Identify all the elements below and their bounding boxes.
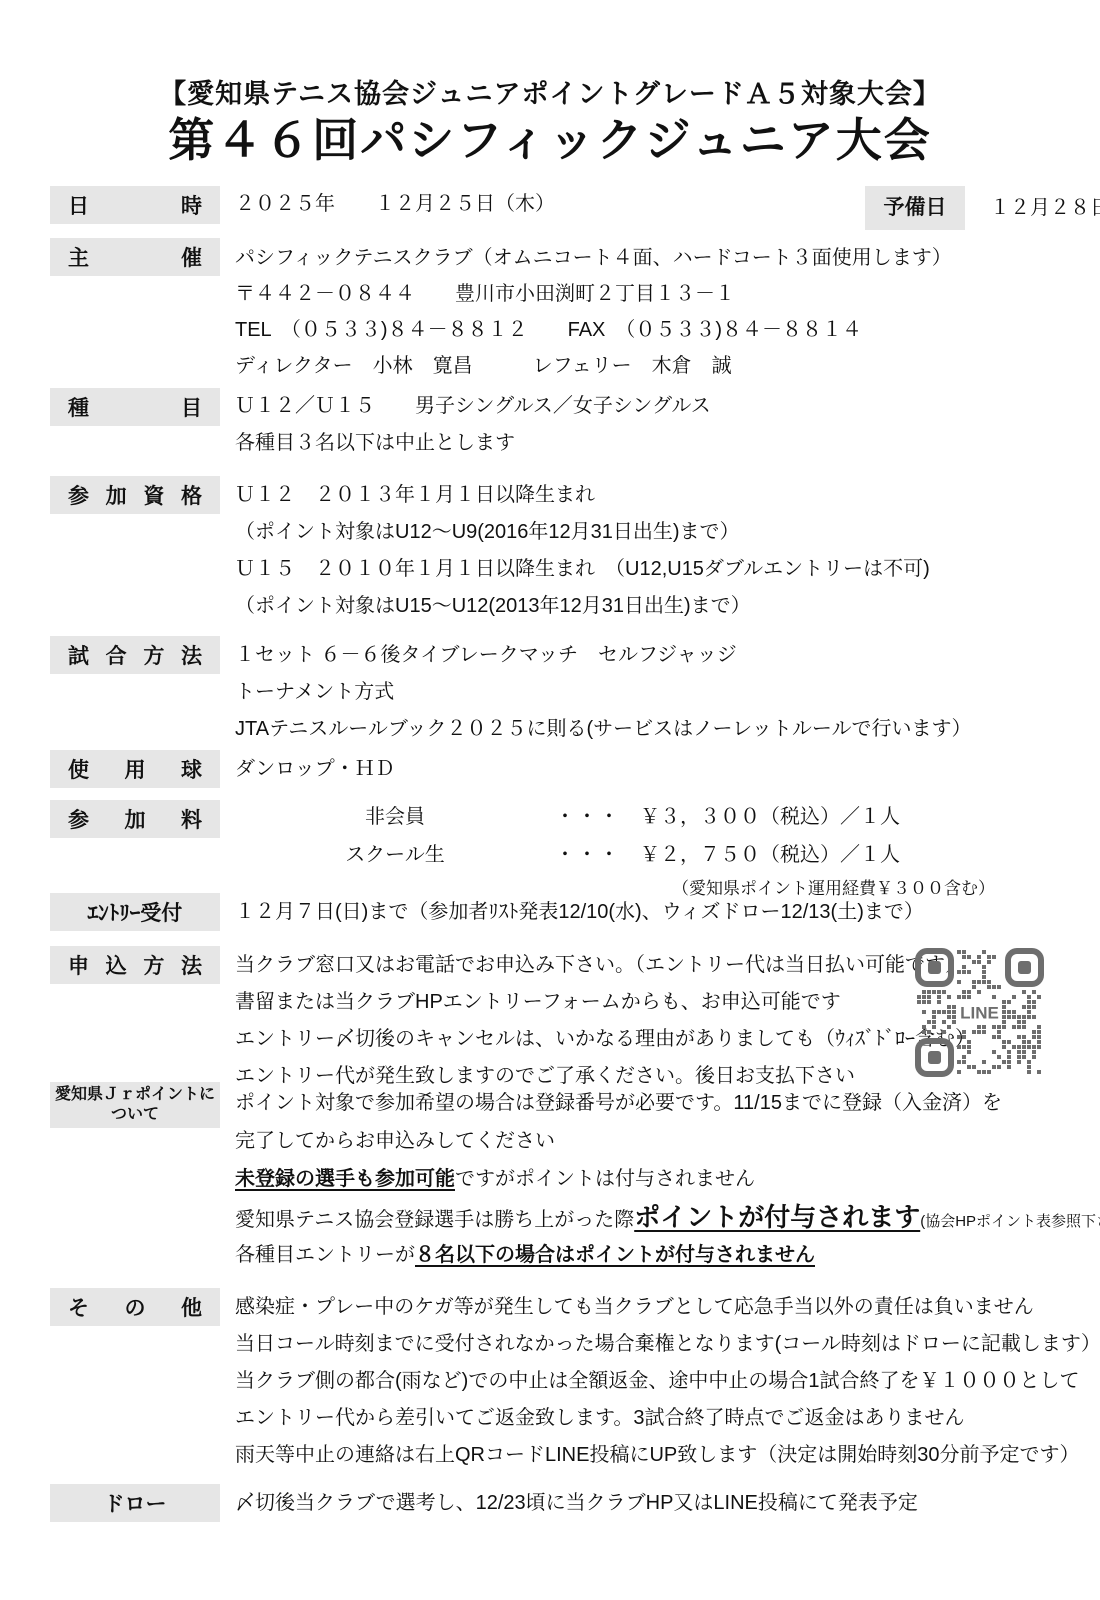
section-other: 感染症・プレー中のケガ等が発生しても当クラブとして応急手当以外の責任は負いません… (235, 1289, 1100, 1474)
section-label-fee: 参加料 (50, 800, 220, 838)
host-tel-fax: TEL （０５３３)８４－８８１２ FAX （０５３３)８４－８８１４ (235, 312, 952, 348)
reserve-date-value: １２月２８日（日） (990, 190, 1100, 226)
svg-text:LINE: LINE (960, 1004, 999, 1023)
application-line: 当クラブ窓口又はお電話でお申込み下さい。（エントリー代は当日払い可能です） (235, 947, 975, 984)
jr-points-label-line2: ついて (54, 1105, 216, 1125)
section-application: 当クラブ窓口又はお電話でお申込み下さい。（エントリー代は当日払い可能です） 書留… (235, 947, 975, 1095)
other-line: 雨天等中止の連絡は右上QRコードLINE投稿にUP致します（決定は開始時刻30分… (235, 1437, 1100, 1474)
page-title: 第４６回パシフィックジュニア大会 (0, 104, 1100, 170)
fee-row-nonmember: 非会員 ・・・ ￥３，３００（税込）／１人 (235, 798, 995, 836)
datetime-value: ２０２５年 １２月２５日（木） (235, 193, 555, 215)
section-match-format: １セット ６－６後タイブレークマッチ セルフジャッジ トーナメント方式 JTAテ… (235, 637, 972, 748)
fee-category: スクール生 (235, 836, 555, 874)
fee-dots: ・・・ (555, 798, 640, 836)
section-label-match-format: 試合方法 (50, 636, 220, 674)
jr-points-minimum: 各種目エントリーが８名以下の場合はポイントが付与されません (235, 1236, 1100, 1274)
section-label-eligibility: 参加資格 (50, 476, 220, 514)
section-fee: 非会員 ・・・ ￥３，３００（税込）／１人 スクール生 ・・・ ￥２，７５０（税… (235, 798, 995, 904)
section-label-application: 申込方法 (50, 946, 220, 984)
section-label-datetime: 日時 (50, 186, 220, 224)
jr-points-unregistered: 未登録の選手も参加可能ですがポイントは付与されません (235, 1160, 1100, 1198)
jr-points-unregistered-underline: 未登録の選手も参加可能 (235, 1168, 455, 1190)
match-format-rulebook: JTAテニスルールブック２０２５に則る(サービスはノーレットルールで行います） (235, 711, 972, 748)
jr-points-awarded-emphasis: ポイントが付与されます (634, 1202, 920, 1232)
eligibility-u12: Ｕ１２ ２０１３年１月１日以降生まれ (235, 477, 930, 514)
other-line: 当クラブ側の都合(雨など)での中止は全額返金、途中中止の場合1試合終了を￥１００… (235, 1363, 1100, 1400)
jr-points-complete: 完了してからお申込みしてください (235, 1122, 1100, 1160)
reserve-date-label: 予備日 (865, 186, 965, 230)
fee-price: ￥２，７５０（税込）／１人 (640, 836, 900, 874)
section-label-ball: 使用球 (50, 750, 220, 788)
eligibility-u12-points: （ポイント対象はU12～U9(2016年12月31日出生)まで） (235, 514, 930, 551)
section-entry: １２月７日(日)まで（参加者ﾘｽﾄ発表12/10(水)、ウィズドロー12/13(… (235, 894, 924, 931)
section-host: パシフィックテニスクラブ（オムニコート４面、ハードコート３面使用します） 〒４４… (235, 240, 952, 384)
match-format-set: １セット ６－６後タイブレークマッチ セルフジャッジ (235, 637, 972, 674)
other-line: エントリー代から差引いてご返金致します。3試合終了時点でご返金はありません (235, 1400, 1100, 1437)
ball-value: ダンロップ・ＨＤ (235, 751, 395, 788)
section-draw: 〆切後当クラブで選考し、12/23頃に当クラブHP又はLINE投稿にて発表予定 (235, 1485, 918, 1522)
line-qr-code: LINE (905, 938, 1055, 1088)
section-ball: ダンロップ・ＨＤ (235, 751, 395, 788)
jr-points-registration: ポイント対象で参加希望の場合は登録番号が必要です。11/15までに登録（入金済）… (235, 1084, 1100, 1122)
jr-points-minimum-underline: ８名以下の場合はポイントが付与されません (415, 1244, 815, 1266)
jr-points-minimum-pre: 各種目エントリーが (235, 1244, 415, 1266)
section-datetime: ２０２５年 １２月２５日（木） 予備日 １２月２８日（日） (235, 186, 1060, 222)
jr-points-unregistered-rest: ですがポイントは付与されません (455, 1168, 755, 1190)
events-categories: Ｕ１２／Ｕ１５ 男子シングルス／女子シングルス (235, 388, 711, 425)
jr-points-awarded: 愛知県テニス協会登録選手は勝ち上がった際ポイントが付与されます(協会HPポイント… (235, 1198, 1100, 1236)
section-label-entry: ｴﾝﾄﾘｰ受付 (50, 893, 220, 931)
section-label-draw: ドロー (50, 1484, 220, 1522)
application-line: 書留または当クラブHPエントリーフォームからも、お申込可能です (235, 984, 975, 1021)
section-label-other: その他 (50, 1288, 220, 1326)
draw-announcement: 〆切後当クラブで選考し、12/23頃に当クラブHP又はLINE投稿にて発表予定 (235, 1485, 918, 1522)
fee-row-school: スクール生 ・・・ ￥２，７５０（税込）／１人 (235, 836, 995, 874)
fee-price: ￥３，３００（税込）／１人 (640, 798, 900, 836)
section-label-jr-points: 愛知県Ｊｒポイントに ついて (50, 1082, 220, 1128)
other-line: 当日コール時刻までに受付されなかった場合棄権となります(コール時刻はドローに記載… (235, 1326, 1100, 1363)
section-jr-points: ポイント対象で参加希望の場合は登録番号が必要です。11/15までに登録（入金済）… (235, 1084, 1100, 1274)
section-eligibility: Ｕ１２ ２０１３年１月１日以降生まれ （ポイント対象はU12～U9(2016年1… (235, 477, 930, 625)
host-line: パシフィックテニスクラブ（オムニコート４面、ハードコート３面使用します） (235, 240, 952, 276)
eligibility-u15: Ｕ１５ ２０１０年１月１日以降生まれ （U12,U15ダブルエントリーは不可) (235, 551, 930, 588)
fee-dots: ・・・ (555, 836, 640, 874)
events-cancel-rule: 各種目３名以下は中止とします (235, 425, 711, 462)
entry-deadline: １２月７日(日)まで（参加者ﾘｽﾄ発表12/10(水)、ウィズドロー12/13(… (235, 894, 924, 931)
section-label-host: 主催 (50, 238, 220, 276)
jr-points-awarded-note: (協会HPポイント表参照下さい） (920, 1213, 1100, 1230)
qr-code-image: LINE (905, 938, 1055, 1088)
host-staff: ディレクター 小林 寛昌 レフェリー 木倉 誠 (235, 348, 952, 384)
fee-category: 非会員 (235, 798, 555, 836)
section-events: Ｕ１２／Ｕ１５ 男子シングルス／女子シングルス 各種目３名以下は中止とします (235, 388, 711, 462)
application-line: エントリー〆切後のキャンセルは、いかなる理由がありましても（ｳｨｽﾞﾄﾞﾛｰ含む… (235, 1021, 975, 1058)
jr-points-awarded-pre: 愛知県テニス協会登録選手は勝ち上がった際 (235, 1209, 634, 1231)
tournament-flyer-page: 【愛知県テニス協会ジュニアポイントグレードＡ５対象大会】 第４６回パシフィックジ… (0, 0, 1100, 1600)
host-address: 〒４４２－０８４４ 豊川市小田渕町２丁目１３－１ (235, 276, 952, 312)
other-line: 感染症・プレー中のケガ等が発生しても当クラブとして応急手当以外の責任は負いません (235, 1289, 1100, 1326)
eligibility-u15-points: （ポイント対象はU15～U12(2013年12月31日出生)まで） (235, 588, 930, 625)
section-label-events: 種目 (50, 388, 220, 426)
match-format-tournament: トーナメント方式 (235, 674, 972, 711)
jr-points-label-line1: 愛知県Ｊｒポイントに (54, 1085, 216, 1105)
